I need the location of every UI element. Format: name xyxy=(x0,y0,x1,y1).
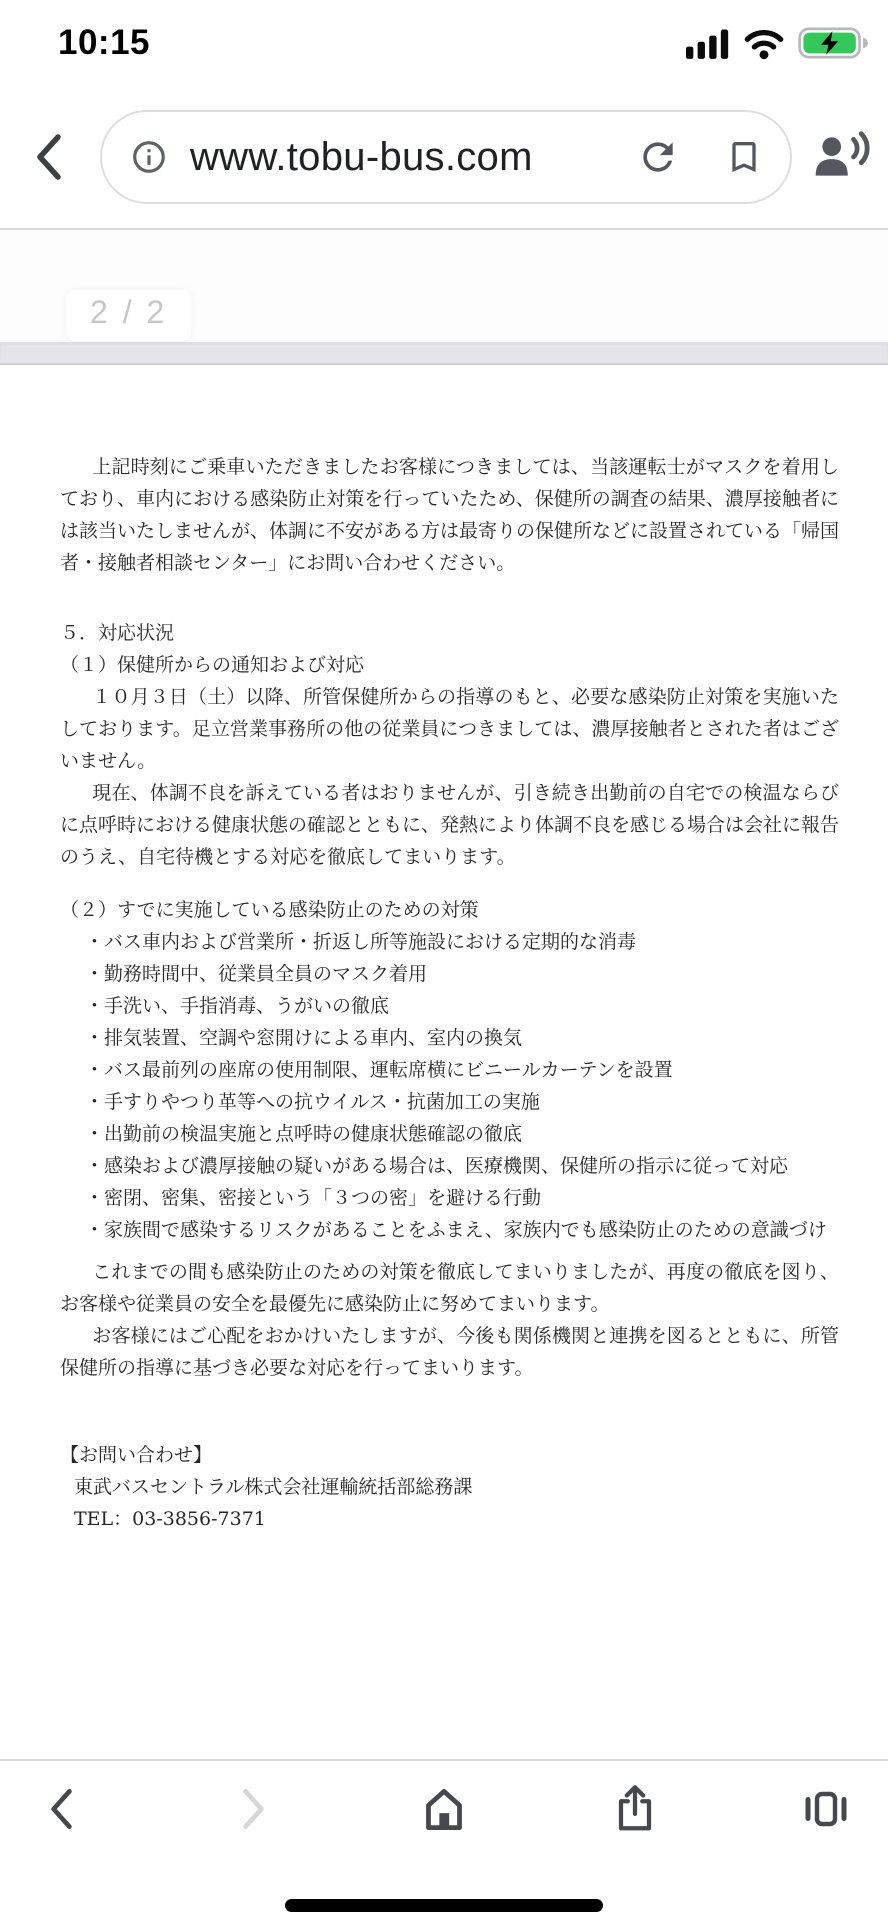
doc-bullet-item: ・感染および濃厚接触の疑いがある場合は、医療機関、保健所の指示に従って対応 xyxy=(60,1150,839,1182)
status-bar: 10:15 xyxy=(0,0,888,80)
home-button[interactable] xyxy=(414,1779,474,1839)
page-divider xyxy=(0,342,888,365)
voice-reader-button[interactable] xyxy=(792,128,888,186)
forward-button[interactable] xyxy=(223,1779,283,1839)
document-page: 上記時刻にご乗車いただきましたお客様につきましては、当該運転士がマスクを着用して… xyxy=(0,365,888,1759)
doc-heading: （２）すでに実施している感染防止のための対策 xyxy=(60,894,839,926)
doc-paragraph: １０月３日（土）以降、所管保健所からの指導のもと、必要な感染防止対策を実施いたし… xyxy=(60,681,839,777)
tab-switcher-button[interactable] xyxy=(796,1779,856,1839)
page-indicator-text: 2 / 2 xyxy=(90,294,167,330)
bottom-toolbar xyxy=(0,1759,888,1920)
screen: 10:15 xyxy=(0,0,888,1920)
doc-bullet-item: ・手すりやつり革等への抗ウイルス・抗菌加工の実施 xyxy=(60,1086,839,1118)
share-icon xyxy=(608,1780,662,1838)
status-icons xyxy=(686,26,868,60)
url-bar[interactable]: www.tobu-bus.com xyxy=(100,110,792,204)
share-button[interactable] xyxy=(605,1779,665,1839)
doc-bullet-item: ・勤務時間中、従業員全員のマスク着用 xyxy=(60,958,839,990)
doc-contact-line: TEL：03-3856-7371 xyxy=(60,1503,839,1535)
battery-charging-icon xyxy=(798,27,868,59)
doc-bullet-item: ・手洗い、手指消毒、うがいの徹底 xyxy=(60,990,839,1022)
doc-bullet-item: ・密閉、密集、密接という「３つの密」を避ける行動 xyxy=(60,1182,839,1214)
home-indicator[interactable] xyxy=(285,1899,603,1912)
back-button[interactable] xyxy=(0,129,100,185)
forward-icon xyxy=(230,1783,276,1835)
url-text: www.tobu-bus.com xyxy=(190,135,626,180)
doc-paragraph: お客様にはご心配をおかけいたしますが、今後も関係機関と連携を図るとともに、所管保… xyxy=(60,1320,839,1384)
status-time: 10:15 xyxy=(58,23,150,63)
page-indicator: 2 / 2 xyxy=(66,290,191,341)
doc-bullet-item: ・バス最前列の座席の使用制限、運転席横にビニールカーテンを設置 xyxy=(60,1054,839,1086)
doc-contact-line: 東武バスセントラル株式会社運輸統括部総務課 xyxy=(60,1471,839,1503)
voice-reader-icon xyxy=(809,128,871,186)
back-icon xyxy=(39,1783,85,1835)
site-info-icon[interactable] xyxy=(130,138,168,176)
tab-switcher-icon xyxy=(798,1781,854,1837)
doc-bullet-item: ・家族間で感染するリスクがあることをふまえ、家族内でも感染防止のための意識づけ xyxy=(60,1214,839,1246)
cellular-signal-icon xyxy=(686,27,730,59)
wifi-icon xyxy=(742,26,786,60)
doc-paragraph: 上記時刻にご乗車いただきましたお客様につきましては、当該運転士がマスクを着用して… xyxy=(60,451,839,579)
browser-toolbar: www.tobu-bus.com xyxy=(0,80,888,230)
pdf-viewer-gap: 2 / 2 xyxy=(0,230,888,365)
doc-bullet-item: ・排気装置、空調や窓開けによる車内、室内の換気 xyxy=(60,1022,839,1054)
doc-heading: （１）保健所からの通知および対応 xyxy=(60,649,839,681)
doc-paragraph: これまでの間も感染防止のための対策を徹底してまいりましたが、再度の徹底を図り、お… xyxy=(60,1256,839,1320)
doc-bullet-item: ・バス車内および営業所・折返し所等施設における定期的な消毒 xyxy=(60,926,839,958)
reload-icon[interactable] xyxy=(636,135,680,179)
back-icon xyxy=(26,129,74,185)
doc-paragraph: 現在、体調不良を訴えている者はおりませんが、引き続き出勤前の自宅での検温ならびに… xyxy=(60,777,839,873)
home-icon xyxy=(415,1780,473,1838)
doc-heading: ５．対応状況 xyxy=(60,617,839,649)
doc-heading: 【お問い合わせ】 xyxy=(60,1439,839,1471)
back-button-bottom[interactable] xyxy=(32,1779,92,1839)
doc-bullet-item: ・出勤前の検温実施と点呼時の健康状態確認の徹底 xyxy=(60,1118,839,1150)
bookmark-icon[interactable] xyxy=(724,135,764,179)
